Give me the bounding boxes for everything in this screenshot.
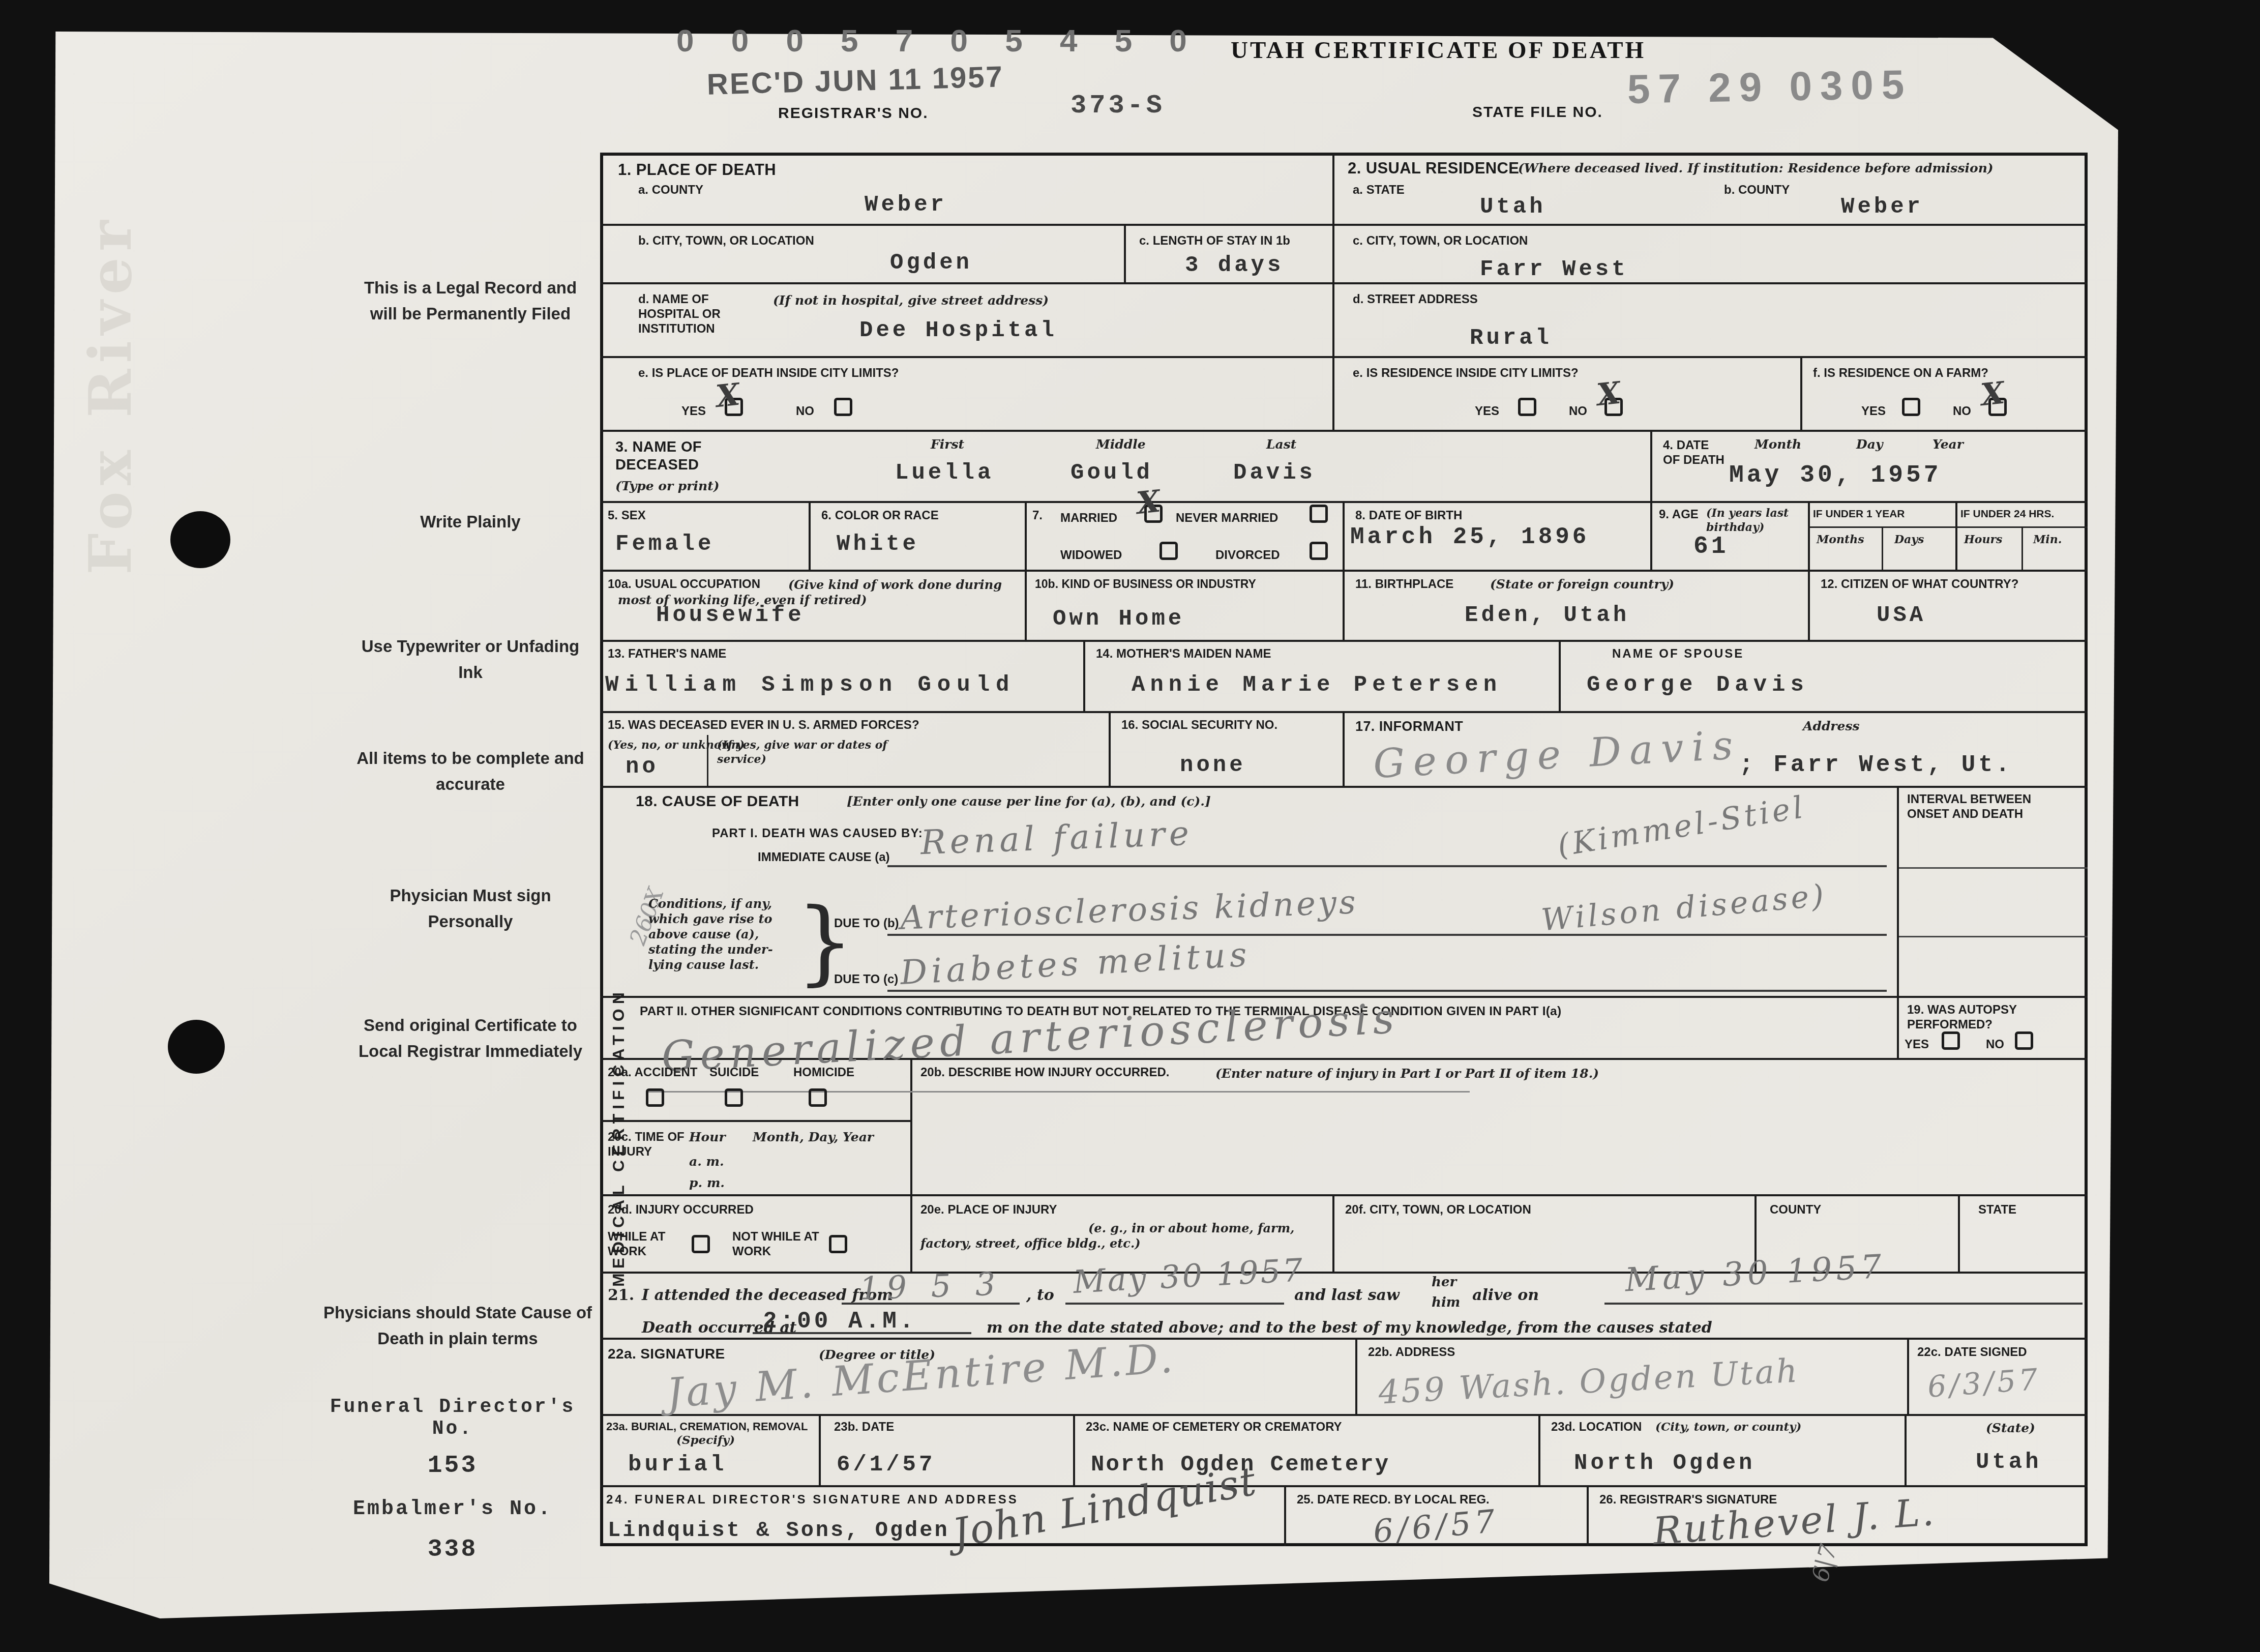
interval-line-a — [1899, 867, 2088, 869]
age-value: 61 — [1693, 533, 1729, 560]
last-name-value: Davis — [1233, 460, 1316, 486]
time-of-injury-label: 20c. TIME OF INJURY — [608, 1130, 694, 1160]
interval-line-b — [1899, 936, 2088, 937]
suicide-checkbox[interactable] — [725, 1088, 743, 1107]
registrar-no-value: 373-S — [1070, 91, 1165, 121]
hospital-hint: (If not in hospital, give street address… — [773, 292, 1049, 308]
month-day-year-label: Month, Day, Year — [753, 1129, 874, 1145]
part2-underline — [646, 1091, 1470, 1093]
residence-farm-yes-label: YES — [1861, 404, 1886, 419]
date-of-death-label: 4. DATE OF DEATH — [1663, 438, 1729, 468]
margin-note-use-typewriter: Use Typewriter or Unfading Ink — [351, 633, 590, 685]
spouse-label: NAME OF SPOUSE — [1612, 647, 1744, 662]
divider — [707, 735, 708, 786]
place-limits-no-checkbox[interactable] — [834, 398, 852, 416]
her-label: her — [1432, 1274, 1456, 1291]
residence-limits-yes-checkbox[interactable] — [1518, 398, 1536, 416]
place-county-label: a. COUNTY — [638, 183, 703, 198]
interval-label: INTERVAL BETWEEN ONSET AND DEATH — [1907, 792, 2075, 822]
deceased-type-hint: (Type or print) — [615, 478, 720, 494]
residence-county-value: Weber — [1841, 194, 1923, 220]
autopsy-yes-checkbox[interactable] — [1942, 1031, 1960, 1050]
residence-county-label: b. COUNTY — [1724, 183, 1790, 198]
burial-state-value: Utah — [1976, 1450, 2042, 1475]
length-of-stay-value: 3 days — [1185, 253, 1284, 278]
first-name-value: Luella — [895, 460, 994, 486]
funeral-director-typed: Lindquist & Sons, Ogden — [608, 1518, 949, 1543]
residence-limits-no-mark: X — [1595, 378, 1622, 411]
cemetery-label: 23c. NAME OF CEMETERY OR CREMATORY — [1086, 1420, 1342, 1435]
burial-location-value: North Ogden — [1574, 1451, 1755, 1476]
residence-limits-yes-label: YES — [1475, 404, 1499, 419]
residence-farm-label: f. IS RESIDENCE ON A FARM? — [1813, 366, 1988, 381]
cell-place-city — [600, 224, 1124, 282]
margin-note-physician-sign: Physician Must sign Personally — [351, 882, 590, 934]
cell-residence-city — [1332, 224, 2088, 282]
am-label: a. m. — [689, 1154, 724, 1169]
residence-limits-no-label: NO — [1569, 404, 1587, 419]
hospital-label: d. NAME OF HOSPITAL OR INSTITUTION — [638, 292, 768, 336]
him-label: him — [1432, 1294, 1460, 1311]
industry-value: Own Home — [1053, 606, 1184, 632]
citizen-value: USA — [1877, 603, 1926, 628]
funeral-director-label: 24. FUNERAL DIRECTOR'S SIGNATURE AND ADD… — [606, 1493, 1019, 1508]
injury-state-label: STATE — [1978, 1203, 2016, 1218]
margin-note-all-items: All items to be complete and accurate — [351, 745, 590, 797]
informant-address-label: Address — [1803, 718, 1860, 734]
citizen-label: 12. CITIZEN OF WHAT COUNTRY? — [1821, 577, 2018, 592]
place-of-injury-label: 20e. PLACE OF INJURY — [920, 1203, 1057, 1218]
date-of-death-value: May 30, 1957 — [1729, 462, 1942, 489]
embalmer-no-value: 338 — [305, 1536, 600, 1563]
armed-forces-value: no — [626, 754, 659, 780]
burial-label: 23a. BURIAL, CREMATION, REMOVAL — [606, 1420, 810, 1433]
immediate-cause-label: IMMEDIATE CAUSE (a) — [758, 850, 890, 865]
date-of-birth-value: March 25, 1896 — [1350, 524, 1589, 550]
middle-name-value: Gould — [1070, 460, 1153, 486]
industry-label: 10b. KIND OF BUSINESS OR INDUSTRY — [1035, 577, 1256, 592]
accident-label: 20a. ACCIDENT — [608, 1066, 697, 1080]
place-limits-yes-label: YES — [681, 404, 706, 419]
middle-name-label: Middle — [1096, 436, 1146, 452]
armed-forces-hint2: (If yes, give war or dates of service) — [717, 739, 931, 766]
informant-address-value: ; Farr West, Ut. — [1739, 752, 2013, 778]
cause-of-death-label: 18. CAUSE OF DEATH — [636, 792, 799, 811]
not-while-at-work-checkbox[interactable] — [829, 1235, 847, 1253]
funeral-director-no-value: 153 — [305, 1452, 600, 1480]
mother-label: 14. MOTHER'S MAIDEN NAME — [1096, 647, 1271, 662]
margin-note-plain-terms: Physicians should State Cause of Death i… — [310, 1300, 605, 1351]
attended-text-3: and last saw — [1294, 1286, 1400, 1305]
year-label: Year — [1932, 436, 1964, 452]
while-at-work-checkbox[interactable] — [692, 1235, 710, 1253]
sex-value: Female — [615, 532, 714, 557]
form-title: UTAH CERTIFICATE OF DEATH — [1231, 37, 1646, 64]
death-time-line — [753, 1315, 971, 1334]
place-of-death-label: 1. PLACE OF DEATH — [618, 160, 776, 180]
date-signed-value: 6/3/57 — [1926, 1364, 2041, 1401]
first-name-label: First — [931, 436, 964, 452]
cause-bracket-hint: [Enter only one cause per line for (a), … — [847, 793, 1211, 809]
state-file-no-value: 57 29 0305 — [1627, 61, 1913, 113]
divorced-label: DIVORCED — [1215, 548, 1280, 563]
residence-farm-no-mark: X — [1979, 378, 2006, 411]
date-of-birth-label: 8. DATE OF BIRTH — [1355, 509, 1462, 523]
injury-county-label: COUNTY — [1770, 1203, 1821, 1218]
father-value: William Simpson Gould — [605, 672, 1016, 698]
accident-checkbox[interactable] — [646, 1088, 664, 1107]
never-married-label: NEVER MARRIED — [1176, 511, 1278, 526]
residence-city-label: c. CITY, TOWN, OR LOCATION — [1353, 234, 1528, 249]
mother-value: Annie Marie Petersen — [1132, 672, 1502, 698]
burial-date-value: 6/1/57 — [837, 1452, 935, 1478]
ssn-value: none — [1180, 753, 1246, 778]
widowed-label: WIDOWED — [1060, 548, 1122, 563]
months-label: Months — [1817, 533, 1864, 547]
spouse-value: George Davis — [1587, 672, 1809, 698]
race-value: White — [837, 532, 919, 557]
day-label: Day — [1856, 436, 1883, 452]
divorced-checkbox[interactable] — [1310, 542, 1328, 560]
burial-value: burial — [628, 1452, 727, 1478]
date-received-label: 25. DATE RECD. BY LOCAL REG. — [1297, 1493, 1582, 1508]
usual-residence-label: 2. USUAL RESIDENCE — [1348, 159, 1519, 178]
scanned-death-certificate: Fox River This is a Legal Record and wil… — [0, 0, 2260, 1652]
usual-residence-hint: (Where deceased lived. If institution: R… — [1518, 160, 1994, 176]
sex-label: 5. SEX — [608, 509, 646, 523]
married-label: MARRIED — [1060, 511, 1117, 526]
date-signed-label: 22c. DATE SIGNED — [1917, 1345, 2027, 1360]
burial-location-label: 23d. LOCATION — [1551, 1420, 1642, 1435]
under-24-hrs-label: IF UNDER 24 HRS. — [1960, 508, 2054, 520]
suicide-label: SUICIDE — [709, 1066, 759, 1080]
father-label: 13. FATHER'S NAME — [608, 647, 726, 662]
injury-occurred-label: 20d. INJURY OCCURRED — [608, 1203, 754, 1218]
min-label: Min. — [2033, 533, 2062, 547]
residence-city-value: Farr West — [1480, 257, 1628, 282]
never-married-checkbox[interactable] — [1310, 505, 1328, 523]
deceased-label: 3. NAME OF DECEASED — [615, 438, 737, 475]
residence-state-value: Utah — [1480, 194, 1546, 220]
ssn-label: 16. SOCIAL SECURITY NO. — [1121, 718, 1277, 733]
file-number-stamp: 0 0 0 5 7 0 5 4 5 0 — [676, 23, 1201, 59]
cell-injury-state — [1958, 1194, 2088, 1272]
age-hint: (In years last birthday) — [1706, 507, 1803, 535]
hospital-value: Dee Hospital — [859, 318, 1057, 343]
widowed-checkbox[interactable] — [1159, 542, 1178, 560]
autopsy-label: 19. WAS AUTOPSY PERFORMED? — [1907, 1003, 2060, 1032]
paper-watermark: Fox River — [76, 215, 145, 575]
place-city-label: b. CITY, TOWN, OR LOCATION — [638, 234, 814, 249]
place-of-injury-hint: (e. g., in or about home, farm, factory,… — [920, 1221, 1317, 1251]
residence-state-label: a. STATE — [1353, 183, 1405, 198]
last-name-label: Last — [1266, 436, 1296, 452]
describe-injury-hint: (Enter nature of injury in Part I or Par… — [1215, 1066, 1599, 1081]
street-address-label: d. STREET ADDRESS — [1353, 292, 1478, 307]
place-limits-label: e. IS PLACE OF DEATH INSIDE CITY LIMITS? — [638, 366, 899, 381]
punch-hole — [168, 1020, 225, 1074]
residence-limits-label: e. IS RESIDENCE INSIDE CITY LIMITS? — [1353, 366, 1579, 381]
attended-from-value: 19 5 3 — [859, 1268, 1003, 1305]
funeral-director-no-label: Funeral Director's No. — [305, 1396, 600, 1440]
length-of-stay-label: c. LENGTH OF STAY IN 1b — [1139, 234, 1290, 249]
sig-address-label: 22b. ADDRESS — [1368, 1345, 1455, 1360]
pm-label: p. m. — [689, 1175, 725, 1191]
under-1-year-label: IF UNDER 1 YEAR — [1813, 508, 1905, 520]
injury-city-label: 20f. CITY, TOWN, OR LOCATION — [1345, 1203, 1531, 1218]
burial-date-label: 23b. DATE — [834, 1420, 894, 1435]
conditions-hint: Conditions, if any, which gave rise to a… — [648, 896, 801, 972]
immediate-cause-value: Renal failure — [920, 817, 1194, 860]
armed-forces-label: 15. WAS DECEASED EVER IN U. S. ARMED FOR… — [608, 718, 919, 733]
attended-text-6: m on the date stated above; and to the b… — [987, 1318, 2085, 1338]
race-label: 6. COLOR OR RACE — [821, 509, 939, 523]
place-county-value: Weber — [865, 192, 947, 218]
punch-hole — [170, 511, 230, 568]
autopsy-no-checkbox[interactable] — [2015, 1031, 2033, 1050]
burial-hint: (Specify) — [676, 1433, 735, 1448]
marital-number: 7. — [1032, 509, 1043, 523]
age-label: 9. AGE — [1659, 508, 1699, 522]
place-limits-yes-mark: X — [715, 379, 741, 412]
married-mark: X — [1135, 486, 1162, 519]
attended-number: 21. — [608, 1286, 634, 1305]
burial-state-label: (State) — [1986, 1420, 2035, 1436]
while-at-work-label: WHILE AT WORK — [608, 1230, 689, 1259]
divider — [2021, 526, 2023, 570]
residence-farm-yes-checkbox[interactable] — [1902, 398, 1920, 416]
birthplace-value: Eden, Utah — [1465, 603, 1629, 628]
street-address-value: Rural — [1470, 326, 1552, 351]
signature-label: 22a. SIGNATURE — [608, 1345, 725, 1363]
attended-text-2: , to — [1026, 1286, 1054, 1305]
homicide-checkbox[interactable] — [809, 1088, 827, 1107]
divider — [1882, 526, 1883, 570]
hours-label: Hours — [1964, 533, 2002, 547]
days-label: Days — [1894, 533, 1924, 547]
homicide-label: HOMICIDE — [793, 1066, 854, 1080]
occupation-value: Housewife — [656, 603, 805, 628]
autopsy-yes-label: YES — [1905, 1038, 1929, 1052]
place-limits-no-label: NO — [796, 404, 814, 419]
not-while-at-work-label: NOT WHILE AT WORK — [732, 1230, 824, 1259]
month-label: Month — [1755, 436, 1801, 452]
burial-location-hint: (City, town, or county) — [1655, 1420, 1801, 1435]
attended-text-4: alive on — [1472, 1286, 1539, 1305]
state-file-no-label: STATE FILE NO. — [1472, 103, 1603, 122]
registrar-no-label: REGISTRAR'S NO. — [778, 104, 929, 123]
describe-injury-label: 20b. DESCRIBE HOW INJURY OCCURRED. — [920, 1066, 1169, 1080]
residence-farm-no-label: NO — [1953, 404, 1971, 419]
informant-label: 17. INFORMANT — [1355, 718, 1463, 735]
birthplace-label: 11. BIRTHPLACE — [1355, 577, 1453, 592]
autopsy-no-label: NO — [1986, 1038, 2004, 1052]
margin-note-write-plainly: Write Plainly — [351, 509, 590, 535]
birthplace-hint: (State or foreign country) — [1490, 576, 1674, 592]
hour-label: Hour — [689, 1129, 726, 1145]
embalmer-no-label: Embalmer's No. — [305, 1498, 600, 1521]
margin-note-legal-record: This is a Legal Record and will be Perma… — [351, 275, 590, 327]
place-city-value: Ogden — [890, 250, 972, 276]
margin-note-send-original: Send original Certificate to Local Regis… — [351, 1012, 590, 1064]
